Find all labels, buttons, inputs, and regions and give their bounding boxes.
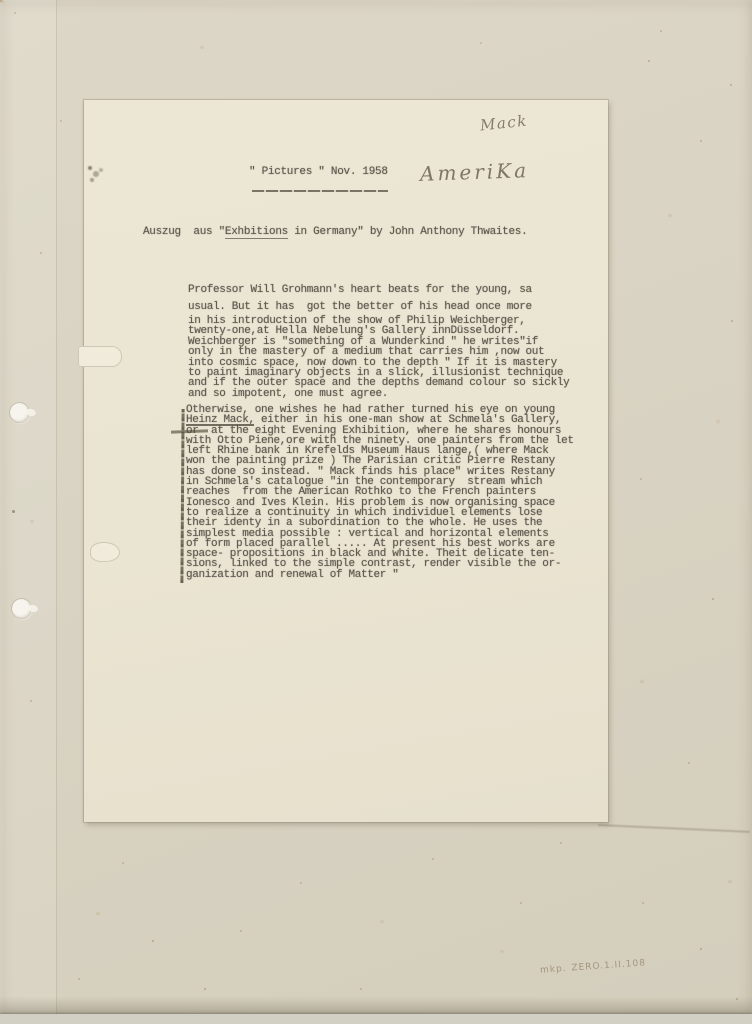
- title-underline: [252, 190, 388, 192]
- source-line: Auszug aus "Exhbitions in Germany" by Jo…: [143, 226, 527, 238]
- tape-hinge-top: [78, 346, 122, 367]
- hole-punch-top: [10, 403, 29, 422]
- pencil-annotation-mack: Mack: [479, 112, 528, 135]
- heinz-mack-underline: [186, 424, 254, 426]
- margin-pencil-line: [180, 409, 184, 583]
- scan-background-edge: [0, 1014, 752, 1024]
- hole-punch-bottom: [12, 599, 31, 618]
- paragraph-2: Otherwise, one wishes he had rather turn…: [186, 405, 574, 580]
- typed-page: Mack " Pictures " Nov. 1958 AmeriKa Ausz…: [84, 100, 608, 822]
- backing-fold-highlight: [0, 0, 56, 1014]
- backing-crease-line: [598, 824, 750, 833]
- source-prefix: Auszug aus ": [143, 226, 225, 238]
- paper-age-spots: [0, 0, 4, 3]
- pencil-annotation-amerika: AmeriKa: [420, 158, 530, 186]
- source-underlined-word: Exhbitions: [225, 226, 288, 239]
- backing-sheet: Mack " Pictures " Nov. 1958 AmeriKa Ausz…: [0, 0, 752, 1014]
- tape-hinge-bottom: [90, 542, 120, 562]
- paragraph-1-opening: Professor Will Grohmann's heart beats fo…: [188, 282, 532, 316]
- ink-smudge: [88, 166, 92, 170]
- document-title: " Pictures " Nov. 1958: [249, 166, 388, 178]
- backing-fold-crease: [56, 0, 57, 1014]
- archive-code-annotation: mkp. ZERO.1.II.108: [540, 958, 646, 975]
- small-ink-dot: [12, 510, 15, 513]
- source-suffix: in Germany" by John Anthony Thwaites.: [288, 226, 527, 238]
- sheet-bottom-shadow: [0, 996, 752, 1014]
- paragraph-1-continuation: in his introduction of the show of Phili…: [188, 316, 569, 399]
